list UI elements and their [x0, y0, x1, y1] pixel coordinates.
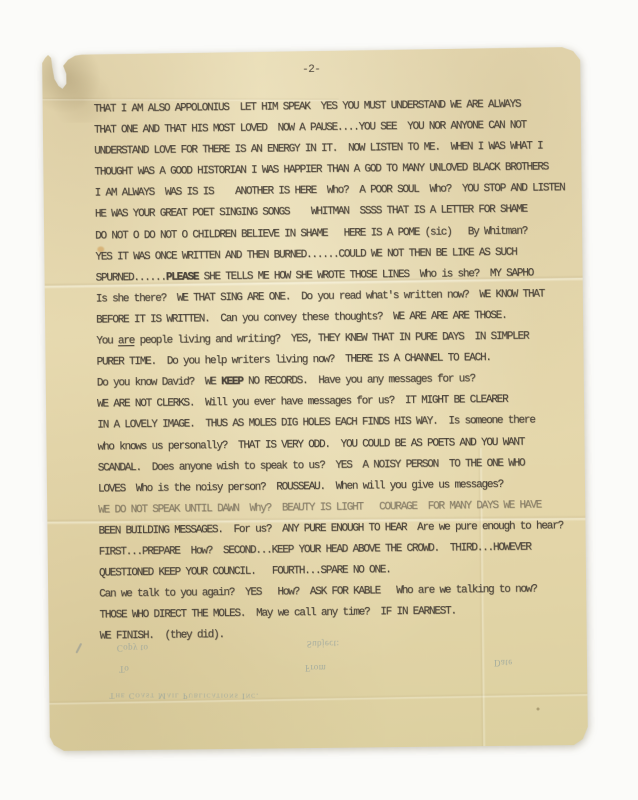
typed-segment: THAT I AM ALSO APPOLONIUS LET HIM SPEAK … — [94, 99, 521, 116]
typed-segment: THOUGHT WAS A GOOD HISTORIAN I WAS HAPPI… — [94, 162, 548, 179]
typed-segment: DO NOT O DO NOT O CHILDREN BELIEVE IN SH… — [95, 225, 527, 242]
typed-segment: KEEP — [221, 376, 243, 388]
bleed-through-label: The Coast Mail Publications Inc. — [109, 691, 259, 701]
speck — [537, 707, 540, 710]
bleed-through-label: Copy to — [117, 643, 149, 653]
typed-segment: Is she there? WE THAT SING ARE ONE. Do y… — [96, 288, 544, 305]
pen-mark — [75, 643, 82, 654]
typed-segment: SHE TELLS ME HOW SHE WROTE THOSE LINES W… — [198, 267, 533, 283]
typed-text: THAT I AM ALSO APPOLONIUS LET HIM SPEAK … — [94, 94, 585, 648]
typed-segment: are — [118, 335, 134, 347]
typed-segment: THAT ONE AND THAT HIS MOST LOVED NOW A P… — [94, 120, 526, 137]
typed-segment: BEEN BUILDING MESSAGES. For us? ANY PURE… — [98, 520, 563, 537]
bleed-through-label: Subject: — [307, 639, 340, 649]
bleed-through-label: Date — [494, 658, 513, 668]
typed-segment: who knows us personally? THAT IS VERY OD… — [97, 436, 524, 453]
typed-segment: THOSE WHO DIRECT THE MOLES. May we call … — [99, 606, 456, 622]
page-number: -2- — [42, 61, 580, 79]
typed-segment: FIRST...PREPARE How? SECOND...KEEP YOUR … — [99, 542, 531, 559]
typed-segment: I AM ALWAYS WAS IS IS ANOTHER IS HERE Wh… — [95, 183, 565, 200]
typed-segment: QUESTIONED KEEP YOUR COUNCIL. FOURTH...S… — [99, 564, 391, 579]
scan-background: -2- THAT I AM ALSO APPOLONIUS LET HIM SP… — [0, 0, 638, 800]
typed-segment: PLEASE — [166, 271, 199, 283]
paper-shadow: -2- THAT I AM ALSO APPOLONIUS LET HIM SP… — [42, 47, 588, 751]
bleed-through-text: Copy toSubject:ToFromDateThe Coast Mail … — [42, 47, 580, 53]
typed-segment: SCANDAL. Does anyone wish to speak to us… — [98, 457, 525, 474]
paper-page: -2- THAT I AM ALSO APPOLONIUS LET HIM SP… — [42, 47, 588, 751]
typed-line: WE FINISH. (they did). — [100, 621, 585, 648]
typed-segment: PURER TIME. Do you help writers living n… — [97, 352, 491, 368]
bleed-through-label: From — [305, 663, 326, 673]
typed-segment: IN A LOVELY IMAGE. THUS AS MOLES DIG HOL… — [97, 415, 535, 432]
typed-segment: UNDERSTAND LOVE FOR THERE IS AN ENERGY I… — [94, 141, 542, 158]
typed-segment: YES IT WAS ONCE WRITTEN AND THEN BURNED.… — [95, 246, 516, 263]
typed-segment: NO RECORDS. Have you any messages for us… — [243, 373, 475, 388]
typed-segment: WE DO NOT SPEAK UNTIL DAWN Why? BEAUTY I… — [98, 499, 541, 516]
typed-segment: WE FINISH. (they did). — [100, 629, 224, 642]
typed-segment: Can we talk to you again? YES How? ASK F… — [99, 584, 537, 601]
typed-segment: LOVES Who is the noisy person? ROUSSEAU.… — [98, 479, 503, 496]
typed-segment: HE WAS YOUR GREAT POET SINGING SONGS WHI… — [95, 204, 527, 221]
bleed-through-label: To — [119, 664, 129, 674]
typed-segment: You — [96, 335, 118, 347]
typed-segment: SPURNED...... — [96, 271, 166, 284]
typed-segment: WE ARE NOT CLERKS. Will you ever have me… — [97, 394, 508, 411]
typed-segment: people living and writing? YES, THEY KNE… — [134, 331, 528, 347]
typed-segment: Do you know David? WE — [97, 376, 221, 389]
typed-segment: BEFORE IT IS WRITTEN. Can you convey the… — [96, 310, 507, 327]
